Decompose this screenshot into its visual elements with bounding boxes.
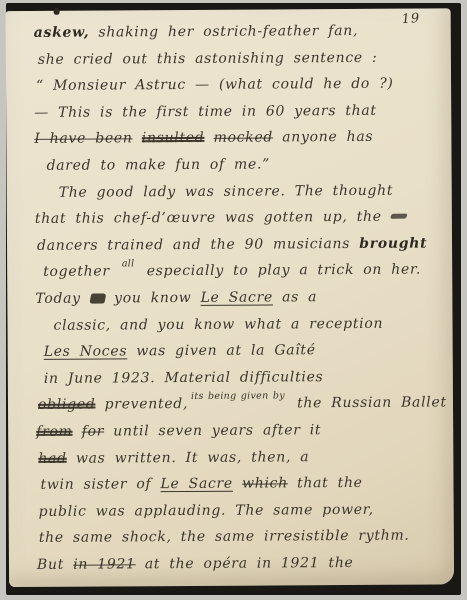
manuscript-line: dancers trained and the 90 musicians bro… bbox=[35, 230, 430, 259]
struck-text: insulted bbox=[142, 130, 205, 146]
ink-blot bbox=[89, 293, 106, 303]
manuscript-line: askew, shaking her ostrich-feather fan, bbox=[34, 18, 429, 47]
manuscript-line: classic, and you know what a reception bbox=[35, 310, 430, 339]
handwritten-text: shaking her ostrich-feather fan, bbox=[89, 23, 358, 41]
handwritten-text: dancers trained and the 90 musicians bbox=[37, 236, 359, 254]
manuscript-text: askew, shaking her ostrich-feather fan,s… bbox=[6, 8, 455, 587]
manuscript-line: “ Monsieur Astruc — (what could he do ?) bbox=[34, 71, 429, 100]
struck-text: had bbox=[38, 450, 67, 466]
struck-text: for bbox=[82, 423, 105, 439]
handwritten-text: the same shock, the same irresistible ry… bbox=[39, 528, 410, 546]
manuscript-line: But in 1921 at the opéra in 1921 the bbox=[37, 549, 432, 578]
handwritten-text: askew, bbox=[34, 25, 90, 41]
inserted-text: its being given by bbox=[191, 392, 285, 403]
photo-mat: 19 askew, shaking her ostrich-feather fa… bbox=[6, 3, 461, 595]
handwritten-text: you know bbox=[105, 290, 201, 307]
underlined-title: Le Sacre bbox=[160, 476, 232, 492]
screenshot-root: { "page": { "number": "19", "colors": { … bbox=[0, 0, 467, 600]
handwritten-text: especially to play a trick on her. bbox=[137, 262, 421, 280]
handwritten-text: together bbox=[43, 264, 119, 280]
manuscript-line: in June 1923. Material difficulties bbox=[36, 363, 431, 392]
handwritten-text: that this chef-d’œuvre was gotten up, th… bbox=[35, 209, 382, 227]
handwritten-text: that the bbox=[288, 475, 363, 491]
handwritten-text: anyone has bbox=[273, 129, 373, 146]
manuscript-paper: 19 askew, shaking her ostrich-feather fa… bbox=[6, 8, 455, 587]
handwritten-text bbox=[73, 424, 82, 440]
handwritten-text: twin sister of bbox=[40, 476, 160, 493]
underlined-title: Les Noces bbox=[44, 343, 128, 360]
manuscript-line: I have been insulted mocked anyone has bbox=[34, 124, 429, 153]
handwritten-text: — This is the first time in 60 years tha… bbox=[34, 103, 377, 121]
handwritten-text: brought bbox=[359, 235, 427, 251]
handwritten-text: was given at la Gaîté bbox=[127, 342, 316, 359]
handwritten-text: until seven years after it bbox=[104, 422, 321, 439]
manuscript-line: that this chef-d’œuvre was gotten up, th… bbox=[35, 204, 430, 233]
manuscript-line: Les Noces was given at la Gaîté bbox=[36, 337, 431, 366]
handwritten-text: was written. It was, then, a bbox=[67, 449, 310, 466]
handwritten-text: prevented, bbox=[95, 396, 188, 413]
struck-text: from bbox=[36, 424, 72, 440]
struck-text: in 1921 bbox=[73, 556, 136, 572]
struck-text: which bbox=[242, 475, 288, 491]
handwritten-text: The good lady was sincere. The thought bbox=[59, 182, 394, 200]
handwritten-text: she cried out this astonishing sentence … bbox=[38, 49, 378, 67]
handwritten-text: “ Monsieur Astruc — (what could he do ?) bbox=[36, 76, 394, 94]
handwritten-text: classic, and you know what a reception bbox=[53, 315, 383, 333]
manuscript-line: The good lady was sincere. The thought bbox=[35, 177, 430, 206]
handwritten-text: dared to make fun of me.” bbox=[46, 156, 270, 173]
inserted-text: all bbox=[122, 260, 135, 270]
struck-text: mocked bbox=[214, 130, 274, 146]
manuscript-line: had was written. It was, then, a bbox=[36, 443, 431, 472]
handwritten-text: public was applauding. The same power, bbox=[39, 502, 374, 520]
manuscript-line: — This is the first time in 60 years tha… bbox=[34, 97, 429, 126]
manuscript-line: she cried out this astonishing sentence … bbox=[34, 44, 429, 73]
handwritten-text: the Russian Ballet bbox=[288, 395, 447, 412]
handwritten-text bbox=[233, 476, 242, 492]
manuscript-line: obliged prevented,its being given by the… bbox=[36, 390, 431, 419]
manuscript-line: together all especially to play a trick … bbox=[35, 257, 430, 286]
manuscript-line: the same shock, the same irresistible ry… bbox=[37, 523, 432, 552]
ink-blot bbox=[390, 214, 408, 219]
struck-text: I have been bbox=[34, 131, 132, 148]
manuscript-line: Today you know Le Sacre as a bbox=[35, 283, 430, 312]
handwritten-text: at the opéra in 1921 the bbox=[136, 555, 354, 572]
underlined-title: Le Sacre bbox=[200, 289, 272, 305]
handwritten-text: in June 1923. Material difficulties bbox=[44, 369, 324, 387]
manuscript-line: dared to make fun of me.” bbox=[34, 150, 429, 179]
struck-text: obliged bbox=[38, 397, 96, 413]
handwritten-text bbox=[204, 130, 213, 146]
manuscript-line: twin sister of Le Sacre which that the bbox=[36, 470, 431, 499]
manuscript-line: from for until seven years after it bbox=[36, 416, 431, 445]
manuscript-line: public was applauding. The same power, bbox=[37, 496, 432, 525]
handwritten-text: as a bbox=[273, 289, 317, 305]
handwritten-text: Today bbox=[35, 291, 90, 307]
handwritten-text: But bbox=[37, 557, 73, 573]
